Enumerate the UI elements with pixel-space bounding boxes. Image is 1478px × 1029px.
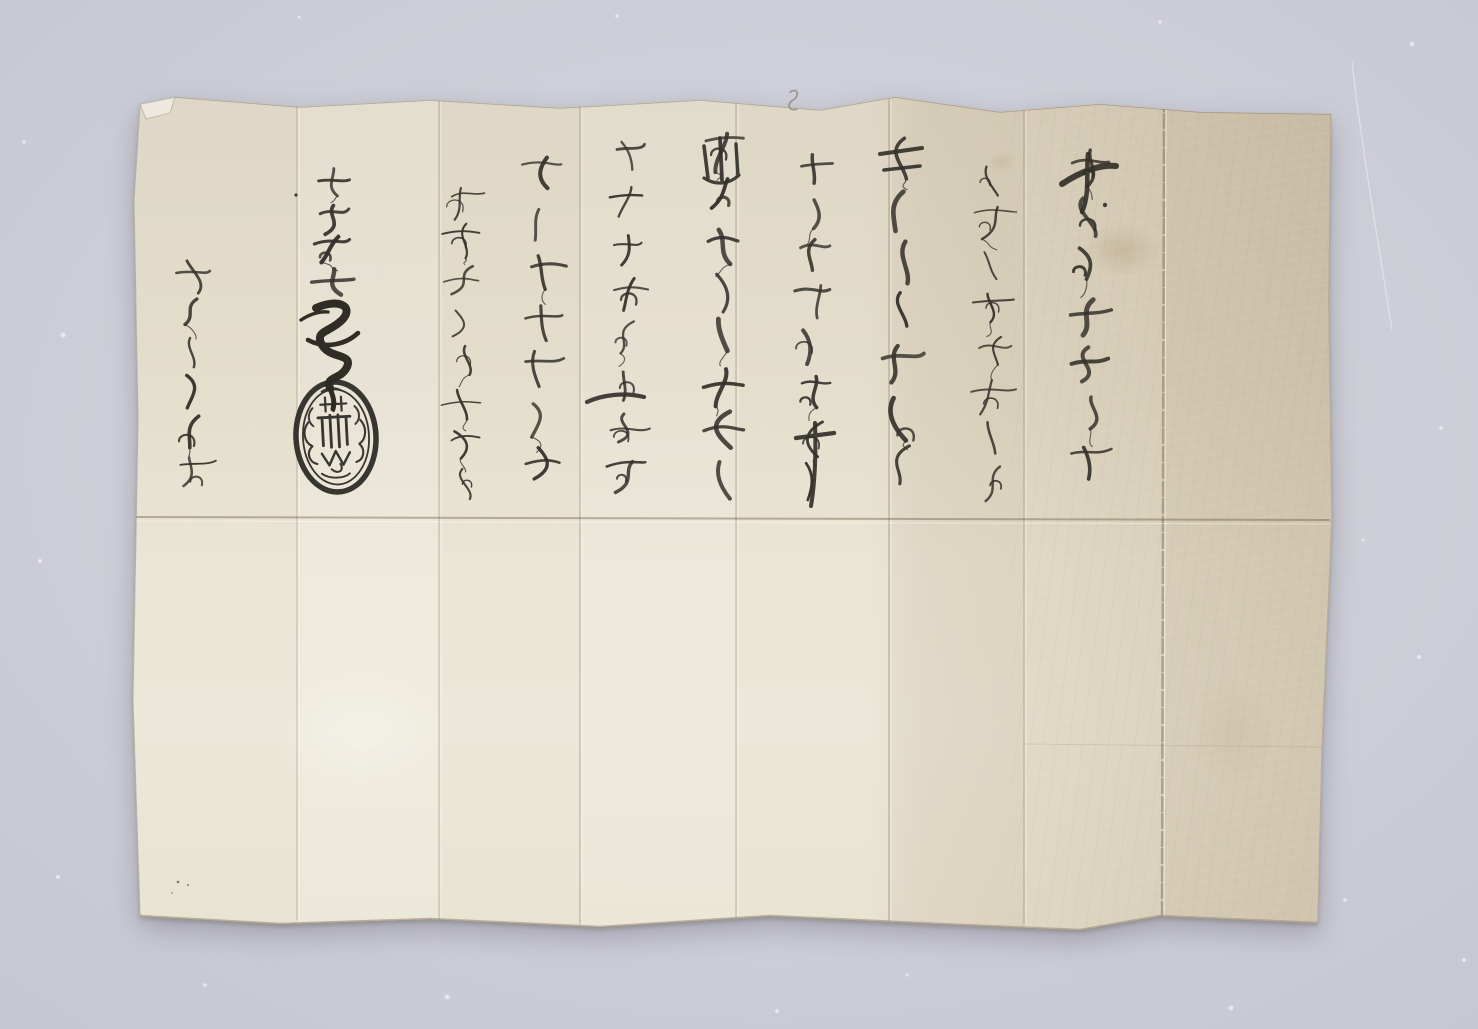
paper-sheet xyxy=(132,92,1334,934)
seal-stamp xyxy=(293,380,379,494)
address-column xyxy=(176,261,216,486)
calligraphy-column-2 xyxy=(971,167,1016,501)
signature-date-column xyxy=(312,169,354,295)
photograph: 本状到来祝着候 こゝろ入れの御札 出陣之儀来年中 相定めく両年の事 山形表相勤め… xyxy=(0,0,1478,1029)
kao-signature-flourish xyxy=(301,304,358,409)
calligraphy-column-6 xyxy=(607,142,650,493)
left-edge xyxy=(133,104,140,916)
calligraphy-column-7 xyxy=(522,158,566,479)
calligraphy-column-3 xyxy=(883,138,924,484)
transcription: 本状到来祝着候 こゝろ入れの御札 出陣之儀来年中 相定めく両年の事 山形表相勤め… xyxy=(0,0,1,1)
calligraphy-column-8 xyxy=(441,188,484,499)
letter-paper xyxy=(132,92,1334,934)
calligraphy-column-4 xyxy=(795,155,833,500)
paper-fiber-texture xyxy=(1012,92,1334,934)
accent-strokes xyxy=(294,138,1116,506)
scratch-mark xyxy=(1352,62,1392,330)
foxing-specks xyxy=(171,211,1017,894)
calligraphy-column-5 xyxy=(704,134,744,499)
corner-fold xyxy=(140,97,175,119)
